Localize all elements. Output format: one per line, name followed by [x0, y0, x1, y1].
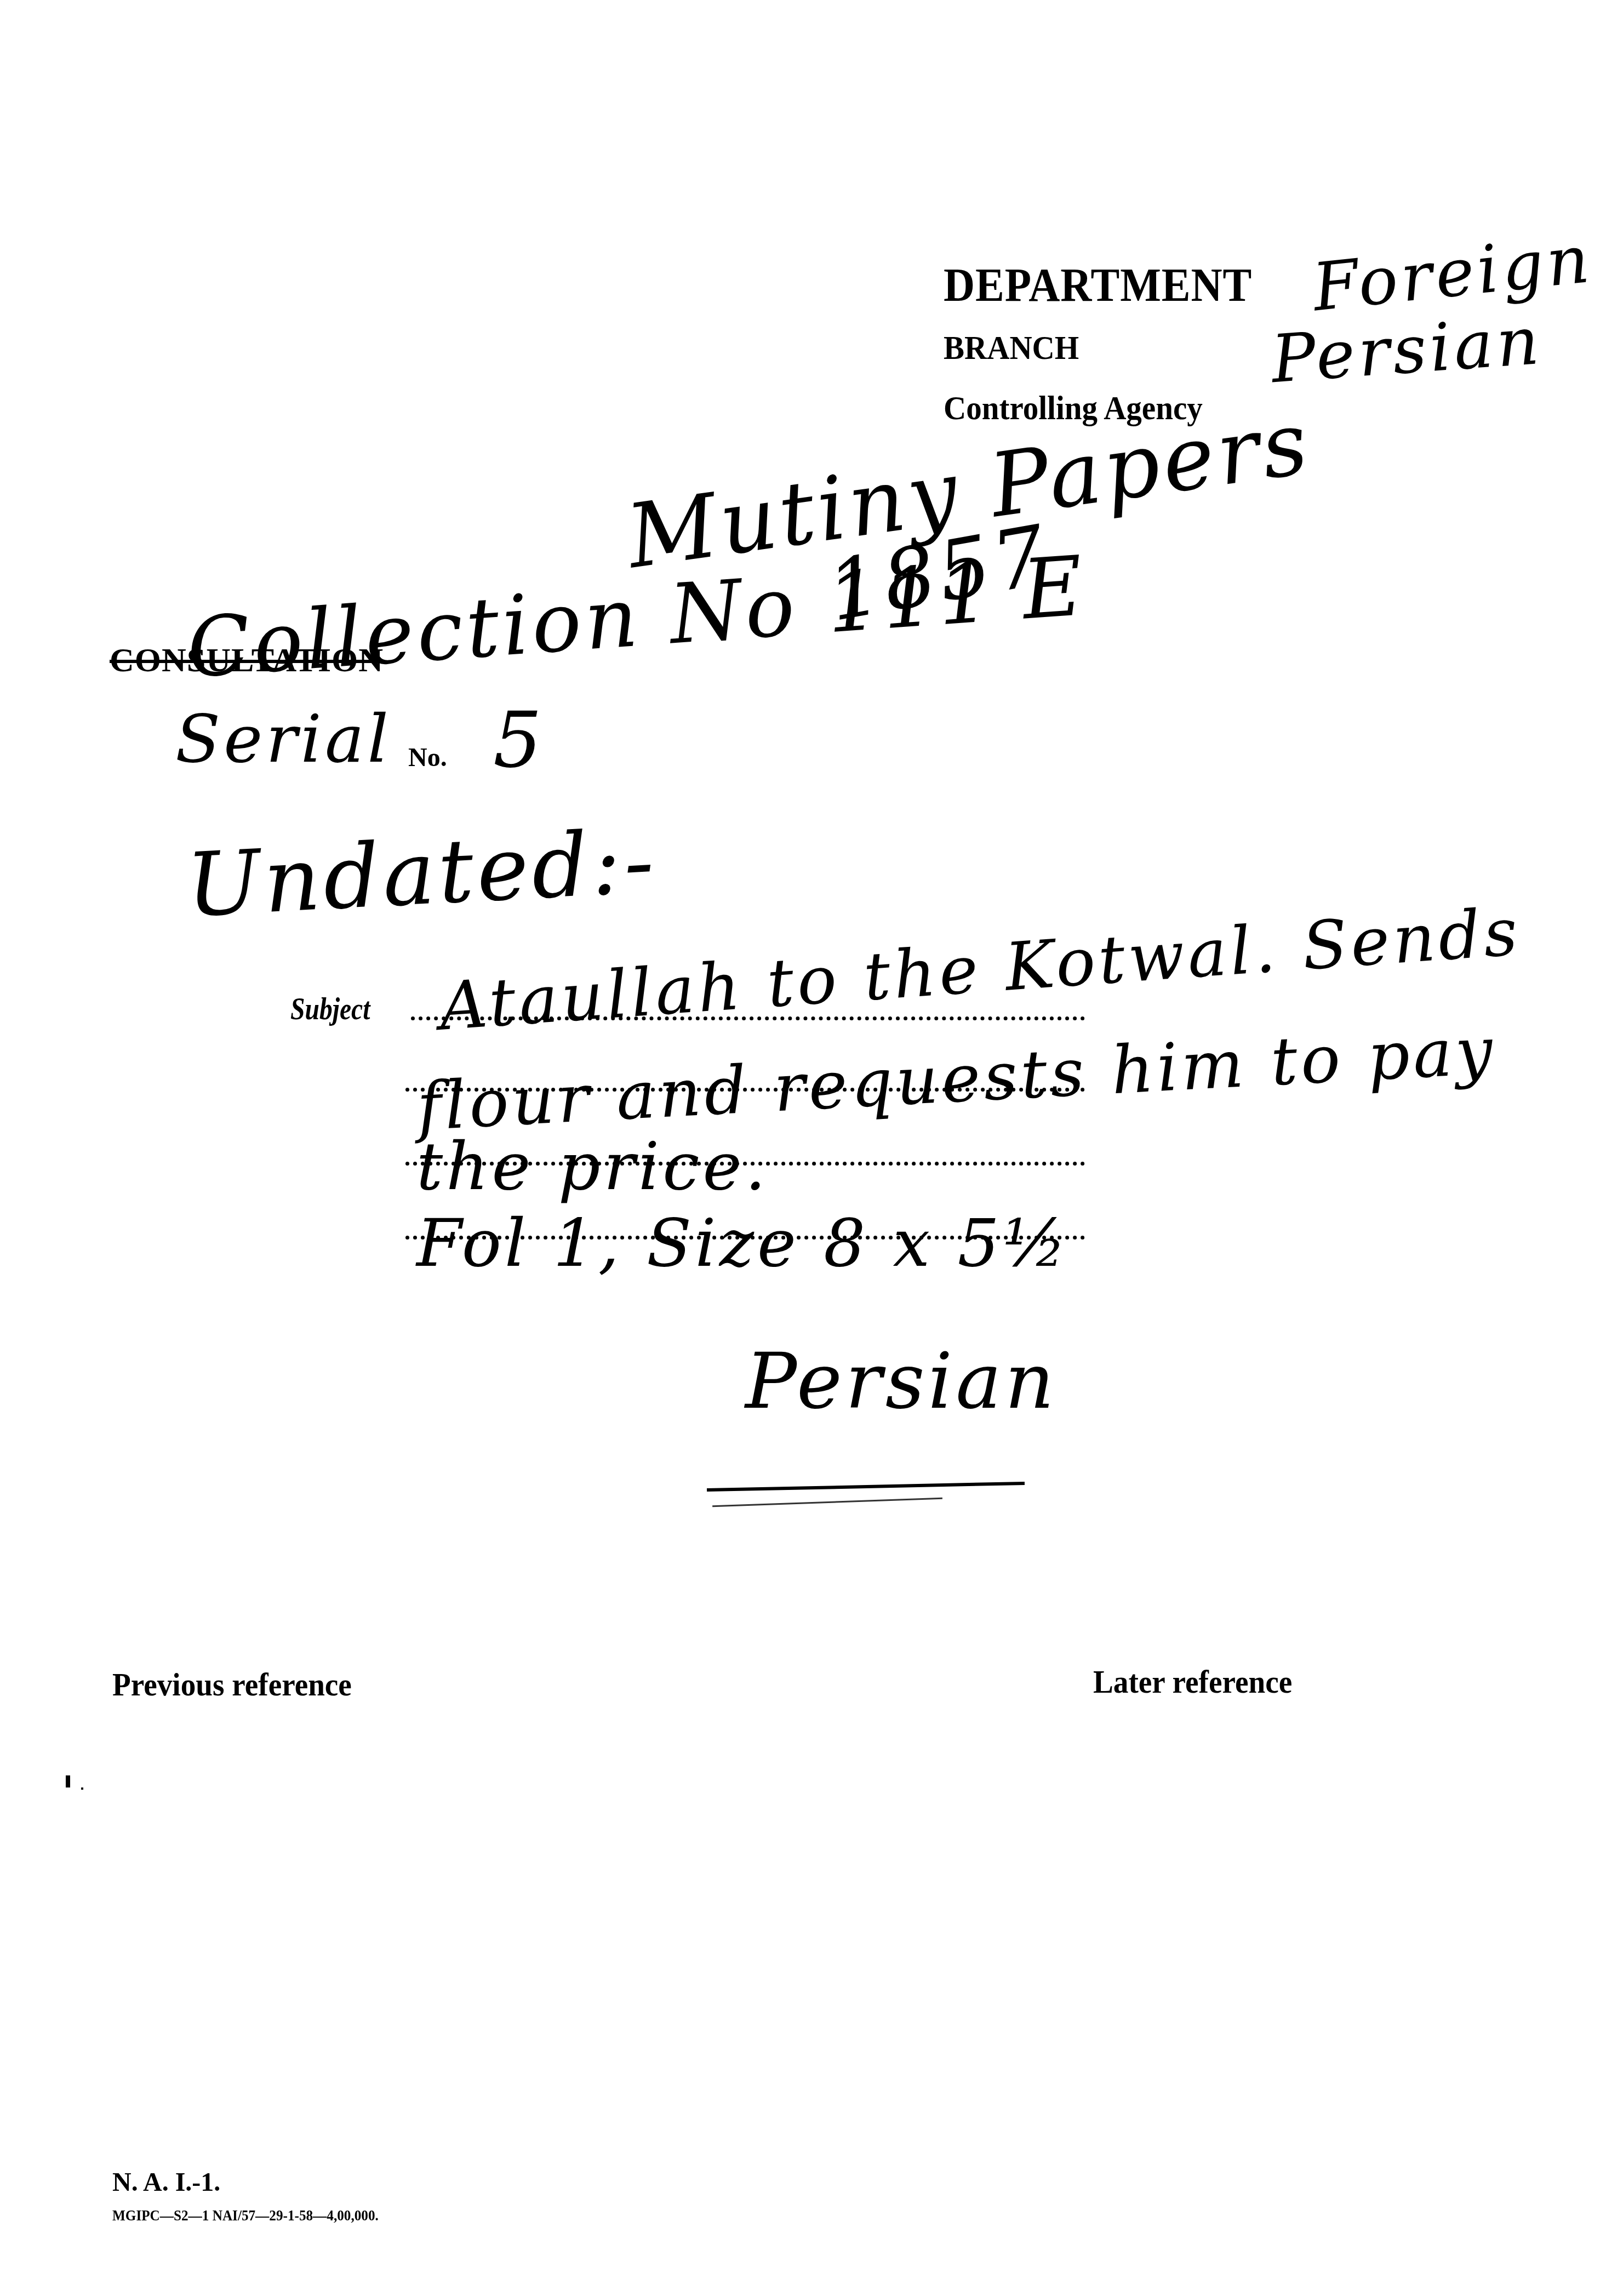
department-label: DEPARTMENT: [944, 258, 1252, 312]
subject-line-3: the price.: [416, 1129, 769, 1205]
previous-reference-label: Previous reference: [112, 1666, 352, 1704]
language-handwritten: Persian: [745, 1337, 1058, 1426]
language-underline: [707, 1482, 1025, 1492]
branch-value-handwritten: Persian: [1269, 303, 1545, 398]
later-reference-label: Later reference: [1093, 1663, 1292, 1701]
ink-dot: [81, 1787, 83, 1790]
number-label: No.: [408, 743, 447, 773]
serial-number-value: 5: [493, 696, 545, 785]
form-code: N. A. I.-1.: [112, 2167, 220, 2197]
serial-handwritten: Serial: [175, 701, 392, 778]
printer-imprint: MGIPC—S2—1 NAI/57—29-1-58—4,00,000.: [112, 2207, 379, 2225]
language-underline-secondary: [712, 1498, 942, 1507]
subject-line-4: Fol 1, Size 8 x 5½: [416, 1206, 1070, 1282]
branch-label: BRANCH: [944, 329, 1079, 368]
ink-speck: [66, 1775, 70, 1787]
consultation-label-struck: CONSULTATION: [110, 641, 384, 680]
subject-label: Subject: [290, 992, 370, 1027]
date-note-handwritten: Undated:-: [184, 810, 660, 937]
